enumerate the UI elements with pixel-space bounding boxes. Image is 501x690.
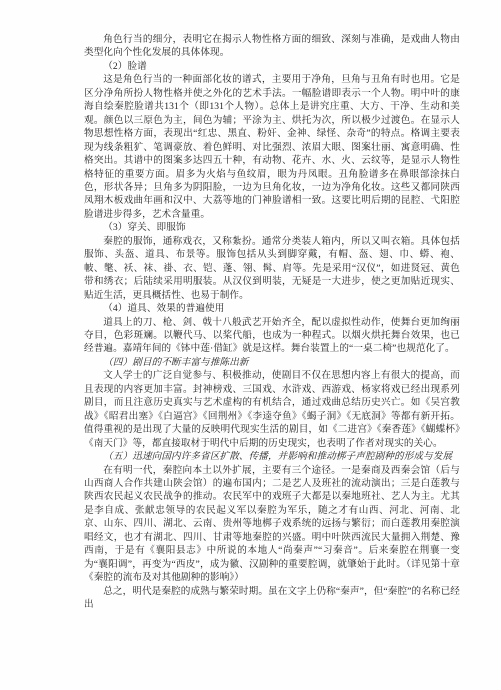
paragraph-conclusion: 总之，明代是秦腔的成熟与繁荣时期。虽在文字上仍称“秦声”，但“秦腔”的名称已经出 (84, 585, 460, 612)
paragraph-spread: 在有明一代，秦腔向本土以外扩展，主要有三个途径。一是秦商及西秦会馆（后与山西商人… (84, 464, 460, 585)
heading-section-five: （五）迅速向国内许多省区扩散、传播，并影响和推动梆子声腔剧种的形成与发展 (84, 450, 460, 463)
heading-section-four: （四）剧目的不断丰富与推陈出新 (84, 356, 460, 369)
heading-lianpu: （2）脸谱 (84, 60, 460, 73)
paragraph-repertoire: 文人学士的广泛自觉参与、积极推动，使剧目不仅在思想内容上有很大的提高，而且表现的… (84, 369, 460, 450)
book-page: 角色行当的细分，表明它在揭示人物性格方面的细致、深刻与准确，是戏曲人物由类型化向… (0, 0, 501, 690)
heading-chuanguan: （3）穿关、即服饰 (84, 221, 460, 234)
paragraph-role-types: 角色行当的细分，表明它在揭示人物性格方面的细致、深刻与准确，是戏曲人物由类型化向… (84, 33, 460, 60)
heading-daoju: （4）道具、效果的普遍使用 (84, 302, 460, 315)
paragraph-chuanguan: 秦腔的服饰，通称戏衣，又称紮扮。通常分类装人箱内，所以又叫衣箱。具体包括服饰、头… (84, 235, 460, 302)
text-block: 角色行当的细分，表明它在揭示人物性格方面的细致、深刻与准确，是戏曲人物由类型化向… (84, 33, 460, 611)
paragraph-lianpu: 这是角色行当的一种面部化妆的谱式，主要用于净角，旦角与丑角有时也用。它是区分净角… (84, 73, 460, 221)
paragraph-daoju: 道具上的刀、枪、剑、戟十八般武艺开始齐全，配以虚拟性动作，使舞台更加绚丽夺目，色… (84, 316, 460, 356)
